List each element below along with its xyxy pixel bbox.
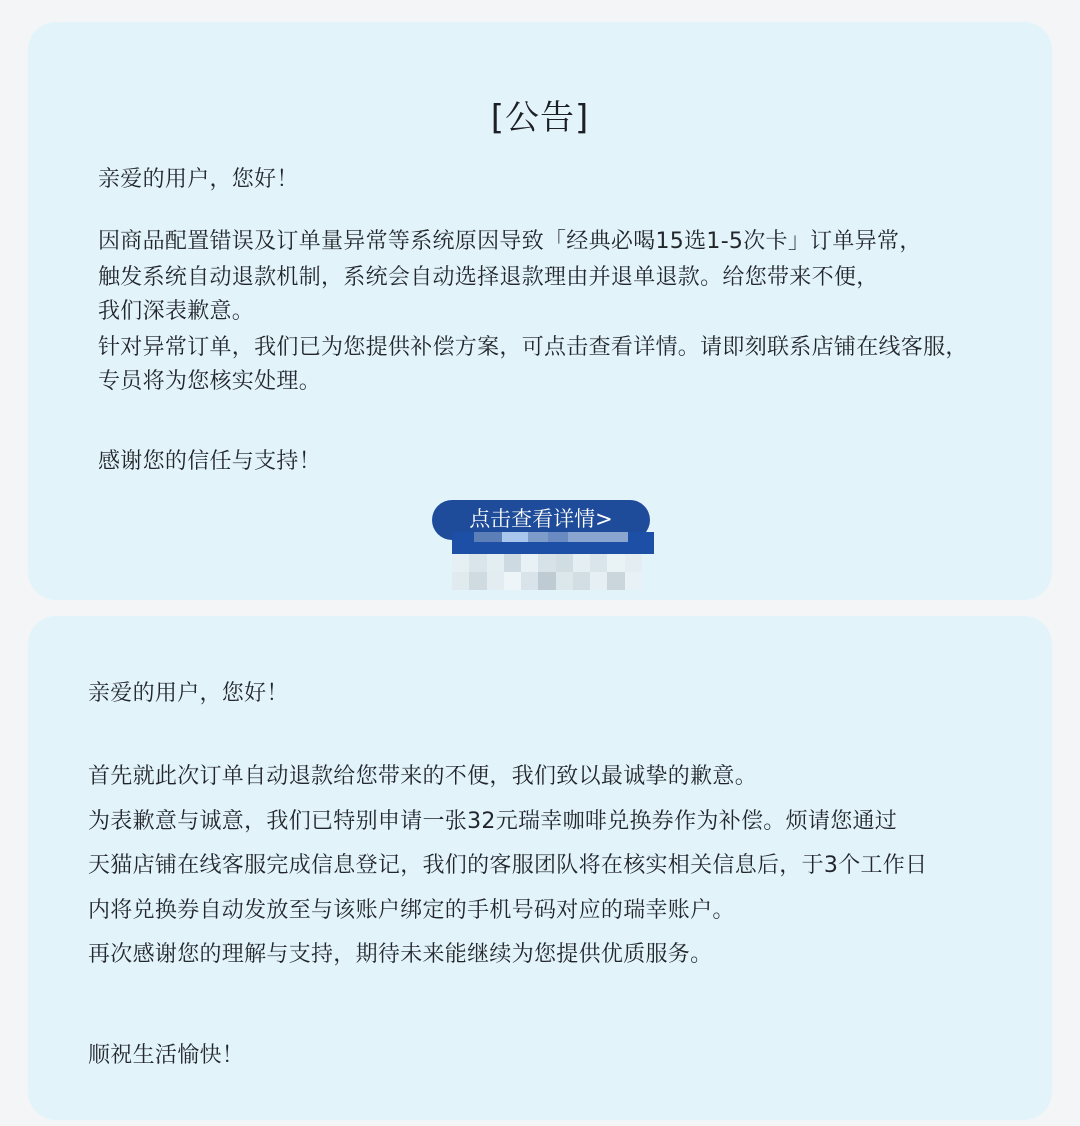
announcement-greeting: 亲爱的用户，您好！ <box>98 162 299 193</box>
compensation-body-line: 内将兑换券自动发放至与该账户绑定的手机号码对应的瑞幸账户。 <box>88 893 735 924</box>
compensation-closing: 顺祝生活愉快！ <box>88 1038 244 1069</box>
announcement-body-line: 我们深表歉意。 <box>98 294 254 325</box>
announcement-body-line: 因商品配置错误及订单量异常等系统原因导致「经典必喝15选1-5次卡」订单异常， <box>98 224 922 255</box>
compensation-body-line: 为表歉意与诚意，我们已特别申请一张32元瑞幸咖啡兑换券作为补偿。烦请您通过 <box>88 804 897 835</box>
compensation-card: 亲爱的用户，您好！ 首先就此次订单自动退款给您带来的不便，我们致以最诚挚的歉意。… <box>28 616 1052 1120</box>
compensation-body-line: 再次感谢您的理解与支持，期待未来能继续为您提供优质服务。 <box>88 937 712 968</box>
redaction-bar <box>452 532 654 554</box>
announcement-body-line: 专员将为您核实处理。 <box>98 364 321 395</box>
compensation-body-line: 天猫店铺在线客服完成信息登记，我们的客服团队将在核实相关信息后，于3个工作日 <box>88 848 927 879</box>
pixelated-redaction <box>452 554 642 590</box>
announcement-title: [公告] <box>28 90 1052 139</box>
compensation-body-line: 首先就此次订单自动退款给您带来的不便，我们致以最诚挚的歉意。 <box>88 759 757 790</box>
announcement-body-line: 针对异常订单，我们已为您提供补偿方案，可点击查看详情。请即刻联系店铺在线客服， <box>98 330 968 361</box>
view-details-button-label: 点击查看详情> <box>469 503 613 533</box>
compensation-greeting: 亲爱的用户，您好！ <box>88 676 289 707</box>
announcement-thanks: 感谢您的信任与支持！ <box>98 444 321 475</box>
announcement-body-line: 触发系统自动退款机制，系统会自动选择退款理由并退单退款。给您带来不便， <box>98 260 879 291</box>
announcement-card: [公告] 亲爱的用户，您好！ 因商品配置错误及订单量异常等系统原因导致「经典必喝… <box>28 22 1052 600</box>
